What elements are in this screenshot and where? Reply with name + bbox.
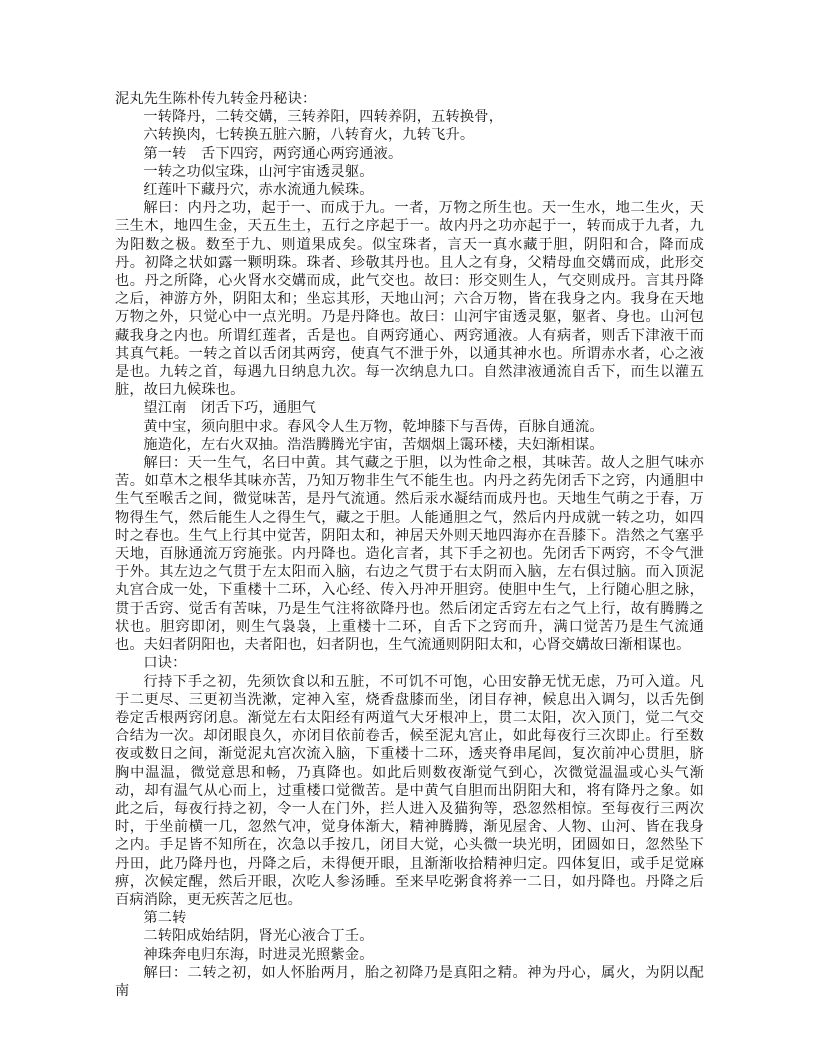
verse-line: 神珠奔电归东海，时进灵光照紫金。 [115,946,704,964]
commentary-paragraph: 解曰：天一生气，名曰中黄。其气藏之于胆，以为性命之根，其味苦。故人之胆气味亦苦。… [115,454,704,654]
verse-line: 一转之功似宝珠，山河宇宙透灵躯。 [115,163,704,181]
section-heading: 口诀： [115,654,704,672]
verse-line: 二转阳成始结阴，肾光心液合丁壬。 [115,927,704,945]
commentary-paragraph: 行持下手之初，先须饮食以和五脏，不可饥不可饱，心田安静无忧无虑，乃可入道。凡于二… [115,673,704,910]
section-heading: 第一转 舌下四窍，两窍通心两窍通液。 [115,145,704,163]
section-heading: 望江南 闭舌下巧，通胆气 [115,399,704,417]
section-heading: 第二转 [115,909,704,927]
verse-line: 红莲叶下藏丹穴，赤水流通九候珠。 [115,181,704,199]
verse-line: 黄中宝，须向胆中求。春风令人生万物，乾坤膝下与吾俦，百脉自通流。 [115,418,704,436]
document-page: 泥丸先生陈朴传九转金丹秘诀： 一转降丹，二转交媾，三转养阳，四转养阴，五转换骨，… [0,0,816,1056]
commentary-paragraph: 解曰：内丹之功，起于一、而成于九。一者，万物之所生也。天一生水，地二生火，天三生… [115,199,704,399]
commentary-paragraph: 解曰：二转之初，如人怀胎两月，胎之初降乃是真阳之精。神为丹心，属火，为阴以配南 [115,964,704,1000]
verse-line: 一转降丹，二转交媾，三转养阳，四转养阴，五转换骨， [115,108,704,126]
verse-line: 六转换肉，七转换五脏六腑，八转育火，九转飞升。 [115,126,704,144]
verse-line: 施造化，左右火双抽。浩浩腾腾光宇宙，苦烟烟上霭环楼，夫妇渐相谋。 [115,436,704,454]
doc-title: 泥丸先生陈朴传九转金丹秘诀： [115,90,704,108]
